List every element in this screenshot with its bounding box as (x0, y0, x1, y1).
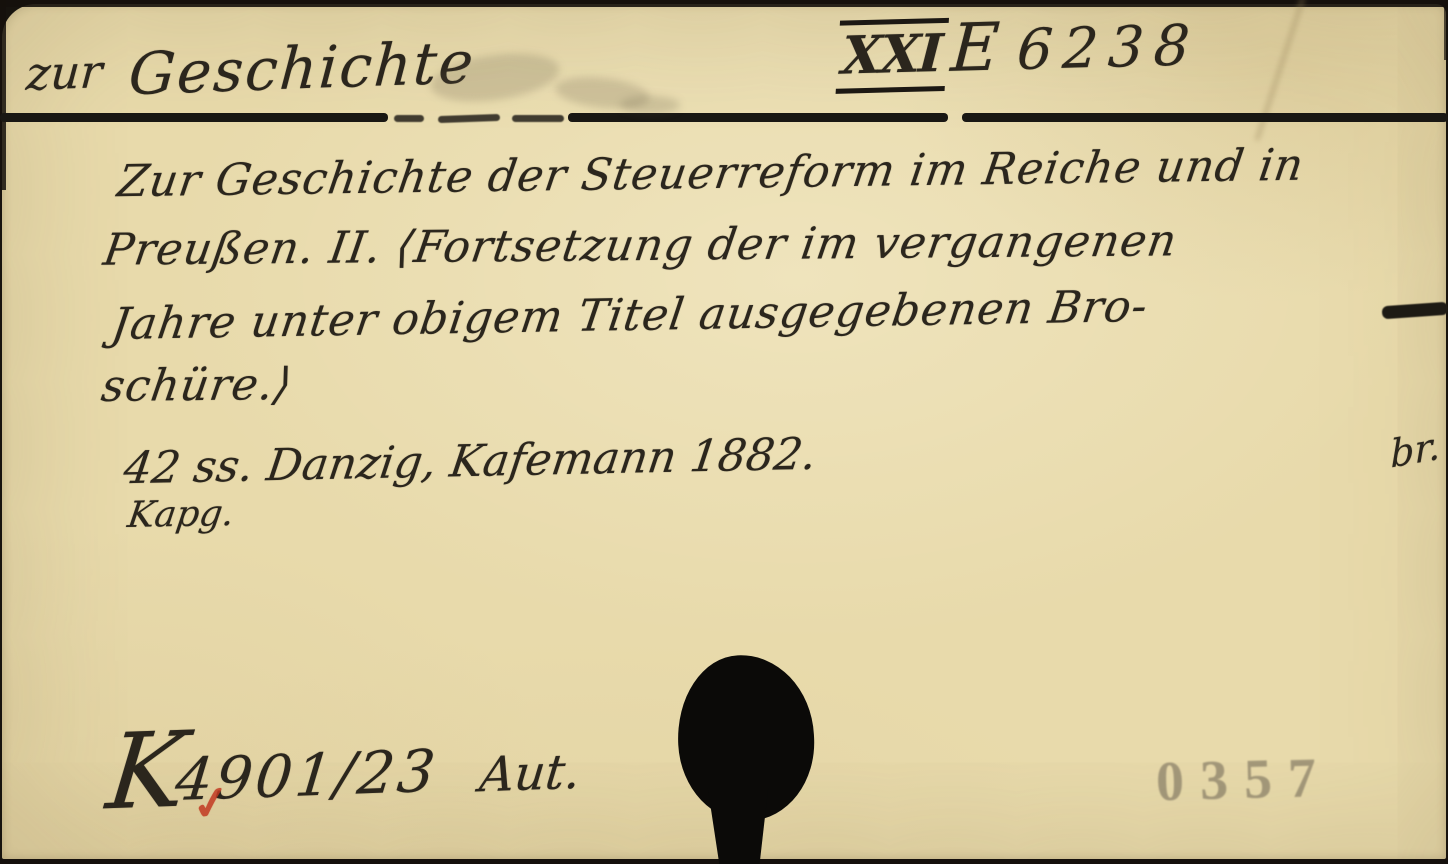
scan-edge-top (0, 0, 1448, 7)
header-rule-smudge-dash (512, 115, 564, 122)
series-title-word-zur: zur (25, 44, 105, 101)
series-title-word-geschichte: Geschichte (127, 28, 478, 108)
ghost-smudge (620, 96, 680, 114)
scan-edge-right (1444, 0, 1448, 60)
header-rule-segment-left (0, 113, 388, 122)
title-line-2: Preußen. II. ⟨Fortsetzung der im vergang… (100, 215, 1180, 275)
red-checkmark-icon: ✓ (188, 774, 234, 833)
header-rule-segment-right (962, 113, 1448, 122)
accession-suffix: Aut. (477, 744, 583, 804)
title-line-4: schüre.⟩ (98, 359, 296, 412)
call-number-roman: XXI (836, 18, 949, 94)
scan-edge-left (0, 0, 6, 190)
header-rule-smudge-dash (394, 115, 424, 122)
call-number-digits: 6238 (1015, 13, 1201, 83)
binding-note: br. (1390, 423, 1440, 476)
accession-entry: K 4901/23 Aut. (103, 704, 588, 825)
shelf-note: Kapg. (125, 493, 237, 536)
stamp-number: 0357 (1155, 746, 1333, 815)
call-number: XXI E 6238 (836, 3, 1203, 94)
call-number-letter: E (949, 8, 1002, 86)
header-rule-segment-middle (568, 113, 948, 122)
scanned-catalog-card: zur Geschichte XXI E 6238 Zur Geschichte… (0, 0, 1448, 864)
